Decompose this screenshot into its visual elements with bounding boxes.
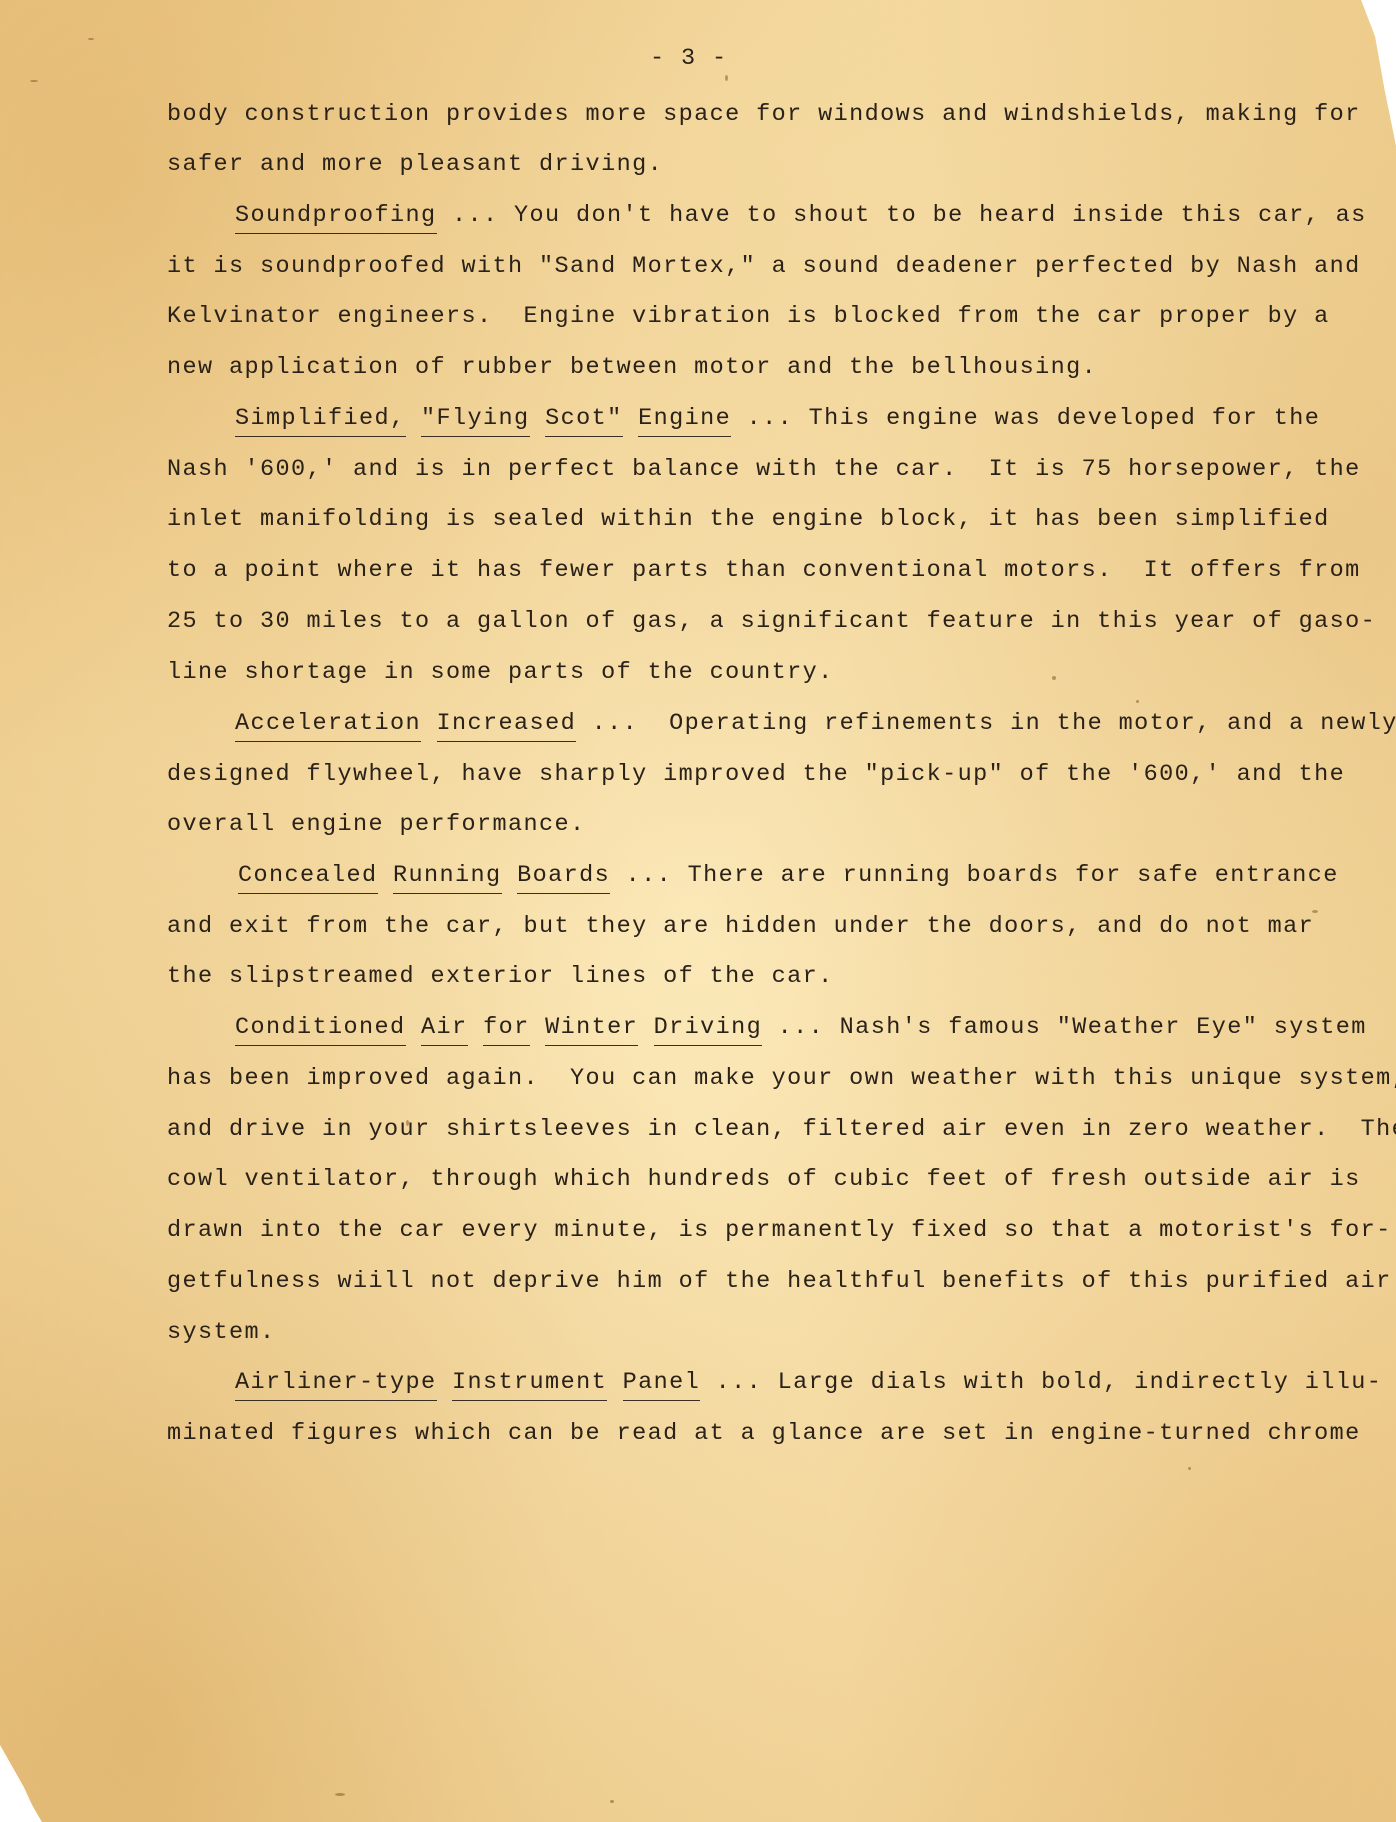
paper-speck — [88, 38, 94, 40]
text-line: to a point where it has fewer parts than… — [167, 556, 1361, 586]
line-text: overall engine performance. — [167, 811, 586, 838]
underlined-heading-word: Concealed — [238, 862, 378, 894]
line-text: drawn into the car every minute, is perm… — [167, 1217, 1392, 1244]
underlined-heading-word: "Flying — [421, 405, 530, 437]
text-line: has been improved again. You can make yo… — [167, 1064, 1396, 1094]
underlined-heading-word: Engine — [638, 405, 731, 437]
line-text: ... Operating refinements in the motor, … — [576, 710, 1396, 737]
paragraph-first-line: Concealed Running Boards ... There are r… — [238, 861, 1339, 891]
line-text: Nash '600,' and is in perfect balance wi… — [167, 456, 1361, 483]
underlined-heading-word: Acceleration — [235, 710, 421, 742]
paper-speck — [610, 1800, 614, 1803]
line-text: inlet manifolding is sealed within the e… — [167, 506, 1330, 533]
paragraph-first-line: Conditioned Air for Winter Driving ... N… — [235, 1013, 1367, 1043]
line-text: ... This engine was developed for the — [731, 405, 1320, 432]
paper-speck — [1188, 1467, 1191, 1470]
text-line: inlet manifolding is sealed within the e… — [167, 505, 1330, 535]
line-text: it is soundproofed with "Sand Mortex," a… — [167, 253, 1361, 280]
line-text: ... You don't have to shout to be heard … — [437, 202, 1367, 229]
line-text: to a point where it has fewer parts than… — [167, 557, 1361, 584]
line-text: new application of rubber between motor … — [167, 354, 1097, 381]
line-text — [378, 862, 394, 889]
line-text: ... Nash's famous "Weather Eye" system — [762, 1014, 1367, 1041]
text-line: body construction provides more space fo… — [167, 100, 1361, 130]
line-text — [607, 1369, 623, 1396]
text-line: Nash '600,' and is in perfect balance wi… — [167, 455, 1361, 485]
line-text — [623, 405, 639, 432]
line-text — [530, 1014, 546, 1041]
text-line: and exit from the car, but they are hidd… — [167, 912, 1314, 942]
text-line: the slipstreamed exterior lines of the c… — [167, 962, 834, 992]
text-line: getfulness wiill not deprive him of the … — [167, 1267, 1392, 1297]
text-line: Kelvinator engineers. Engine vibration i… — [167, 302, 1330, 332]
underlined-heading-word: Air — [421, 1014, 468, 1046]
line-text: 25 to 30 miles to a gallon of gas, a sig… — [167, 608, 1376, 635]
line-text: Kelvinator engineers. Engine vibration i… — [167, 303, 1330, 330]
text-line: designed flywheel, have sharply improved… — [167, 760, 1345, 790]
underlined-heading-word: Winter — [545, 1014, 638, 1046]
paper-speck — [1052, 676, 1056, 680]
paragraph-first-line: Airliner-type Instrument Panel ... Large… — [235, 1368, 1382, 1398]
line-text — [638, 1014, 654, 1041]
line-text: ... There are running boards for safe en… — [610, 862, 1339, 889]
text-line: minated figures which can be read at a g… — [167, 1419, 1361, 1449]
text-line: new application of rubber between motor … — [167, 353, 1097, 383]
text-line: drawn into the car every minute, is perm… — [167, 1216, 1392, 1246]
underlined-heading-word: Airliner-type — [235, 1369, 437, 1401]
line-text — [502, 862, 518, 889]
underlined-heading-word: Panel — [623, 1369, 701, 1401]
text-line: overall engine performance. — [167, 810, 586, 840]
line-text: designed flywheel, have sharply improved… — [167, 761, 1345, 788]
paper-speck — [725, 75, 728, 81]
line-text — [406, 405, 422, 432]
underlined-heading-word: Running — [393, 862, 502, 894]
underlined-heading-word: Simplified, — [235, 405, 406, 437]
line-text: minated figures which can be read at a g… — [167, 1420, 1361, 1447]
line-text: the slipstreamed exterior lines of the c… — [167, 963, 834, 990]
underlined-heading-word: Driving — [654, 1014, 763, 1046]
line-text — [406, 1014, 422, 1041]
underlined-heading-word: Increased — [437, 710, 577, 742]
line-text — [421, 710, 437, 737]
paper-speck — [1136, 700, 1139, 703]
line-text — [530, 405, 546, 432]
paragraph-first-line: Acceleration Increased ... Operating ref… — [235, 709, 1396, 739]
text-line: and drive in your shirtsleeves in clean,… — [167, 1115, 1396, 1145]
line-text: getfulness wiill not deprive him of the … — [167, 1268, 1392, 1295]
line-text — [468, 1014, 484, 1041]
line-text: ... Large dials with bold, indirectly il… — [700, 1369, 1382, 1396]
underlined-heading-word: Soundproofing — [235, 202, 437, 234]
torn-corner — [0, 1745, 40, 1822]
line-text: body construction provides more space fo… — [167, 101, 1361, 128]
line-text: has been improved again. You can make yo… — [167, 1065, 1396, 1092]
text-line: safer and more pleasant driving. — [167, 150, 663, 180]
underlined-heading-word: Conditioned — [235, 1014, 406, 1046]
paper-speck — [335, 1793, 345, 1796]
underlined-heading-word: Scot" — [545, 405, 623, 437]
text-line: it is soundproofed with "Sand Mortex," a… — [167, 252, 1361, 282]
paper-speck — [30, 80, 38, 82]
line-text: line shortage in some parts of the count… — [167, 659, 834, 686]
line-text: system. — [167, 1319, 276, 1346]
line-text: safer and more pleasant driving. — [167, 151, 663, 178]
paragraph-first-line: Simplified, "Flying Scot" Engine ... Thi… — [235, 404, 1320, 434]
paragraph-first-line: Soundproofing ... You don't have to shou… — [235, 201, 1367, 231]
underlined-heading-word: for — [483, 1014, 530, 1046]
text-line: system. — [167, 1318, 276, 1348]
text-line: line shortage in some parts of the count… — [167, 658, 834, 688]
text-line: 25 to 30 miles to a gallon of gas, a sig… — [167, 607, 1376, 637]
line-text: cowl ventilator, through which hundreds … — [167, 1166, 1361, 1193]
underlined-heading-word: Boards — [517, 862, 610, 894]
line-text: and drive in your shirtsleeves in clean,… — [167, 1116, 1396, 1143]
line-text — [437, 1369, 453, 1396]
underlined-heading-word: Instrument — [452, 1369, 607, 1401]
line-text: and exit from the car, but they are hidd… — [167, 913, 1314, 940]
page-number: - 3 - — [650, 45, 728, 72]
text-line: cowl ventilator, through which hundreds … — [167, 1165, 1361, 1195]
